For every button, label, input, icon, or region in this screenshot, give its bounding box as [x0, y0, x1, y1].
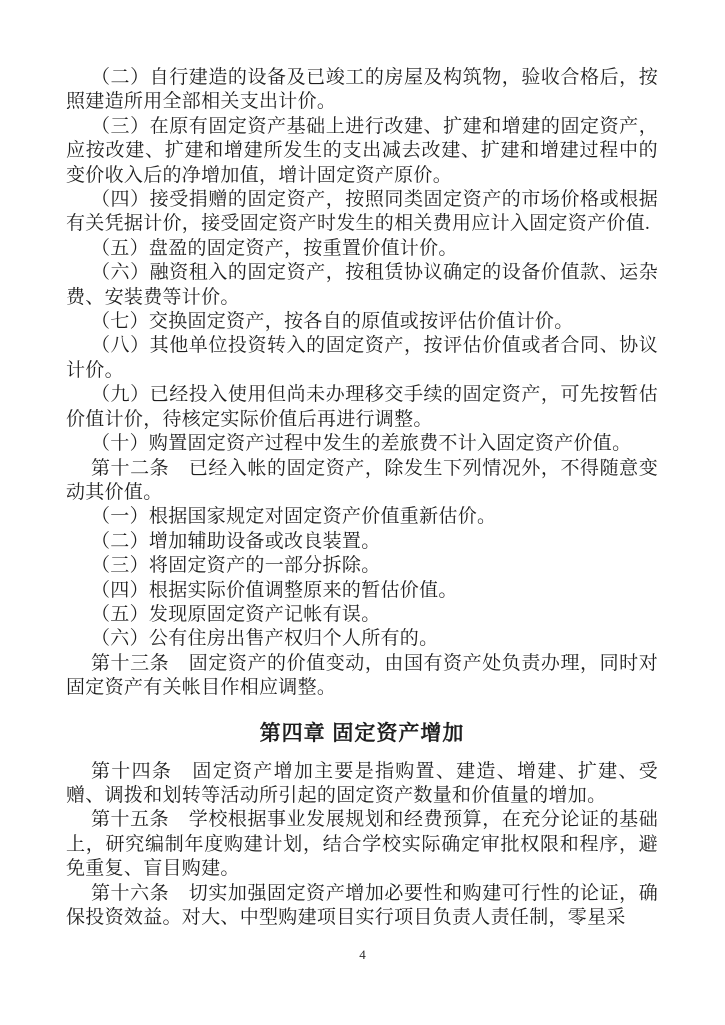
- page-number: 4: [0, 947, 725, 963]
- chapter-heading: 第四章 固定资产增加: [66, 720, 658, 747]
- list-item-paragraph: （二）自行建造的设备及已竣工的房屋及构筑物，验收合格后，按照建造所用全部相关支出…: [66, 66, 658, 115]
- article-paragraph: 第十六条 切实加强固定资产增加必要性和购建可行性的论证，确保投资效益。对大、中型…: [66, 882, 658, 931]
- list-item-paragraph: （四）根据实际价值调整原来的暂估价值。: [66, 579, 658, 603]
- list-item-paragraph: （六）公有住房出售产权归个人所有的。: [66, 627, 658, 651]
- list-item-paragraph: （五）发现原固定资产记帐有误。: [66, 603, 658, 627]
- article-paragraph: 第十四条 固定资产增加主要是指购置、建造、增建、扩建、受赠、调拨和划转等活动所引…: [66, 760, 658, 809]
- list-item-paragraph: （九）已经投入使用但尚未办理移交手续的固定资产，可先按暂估价值计价，待核定实际价…: [66, 383, 658, 432]
- list-item-paragraph: （二）增加辅助设备或改良装置。: [66, 530, 658, 554]
- list-item-paragraph: （七）交换固定资产，按各自的原值或按评估价值计价。: [66, 310, 658, 334]
- list-item-paragraph: （五）盘盈的固定资产，按重置价值计价。: [66, 237, 658, 261]
- document-body: （二）自行建造的设备及已竣工的房屋及构筑物，验收合格后，按照建造所用全部相关支出…: [66, 66, 658, 930]
- list-item-paragraph: （三）在原有固定资产基础上进行改建、扩建和增建的固定资产，应按改建、扩建和增建所…: [66, 115, 658, 188]
- list-item-paragraph: （十）购置固定资产过程中发生的差旅费不计入固定资产价值。: [66, 432, 658, 456]
- article-paragraph: 第十五条 学校根据事业发展规划和经费预算，在充分论证的基础上，研究编制年度购建计…: [66, 808, 658, 881]
- article-paragraph: 第十三条 固定资产的价值变动，由国有资产处负责办理，同时对固定资产有关帐目作相应…: [66, 652, 658, 701]
- list-item-paragraph: （八）其他单位投资转入的固定资产，按评估价值或者合同、协议计价。: [66, 334, 658, 383]
- list-item-paragraph: （四）接受捐赠的固定资产，按照同类固定资产的市场价格或根据有关凭据计价，接受固定…: [66, 188, 658, 237]
- list-item-paragraph: （三）将固定资产的一部分拆除。: [66, 554, 658, 578]
- article-paragraph: 第十二条 已经入帐的固定资产，除发生下列情况外，不得随意变动其价值。: [66, 457, 658, 506]
- document-page: （二）自行建造的设备及已竣工的房屋及构筑物，验收合格后，按照建造所用全部相关支出…: [0, 0, 725, 1025]
- list-item-paragraph: （一）根据国家规定对固定资产价值重新估价。: [66, 505, 658, 529]
- list-item-paragraph: （六）融资租入的固定资产，按租赁协议确定的设备价值款、运杂费、安装费等计价。: [66, 261, 658, 310]
